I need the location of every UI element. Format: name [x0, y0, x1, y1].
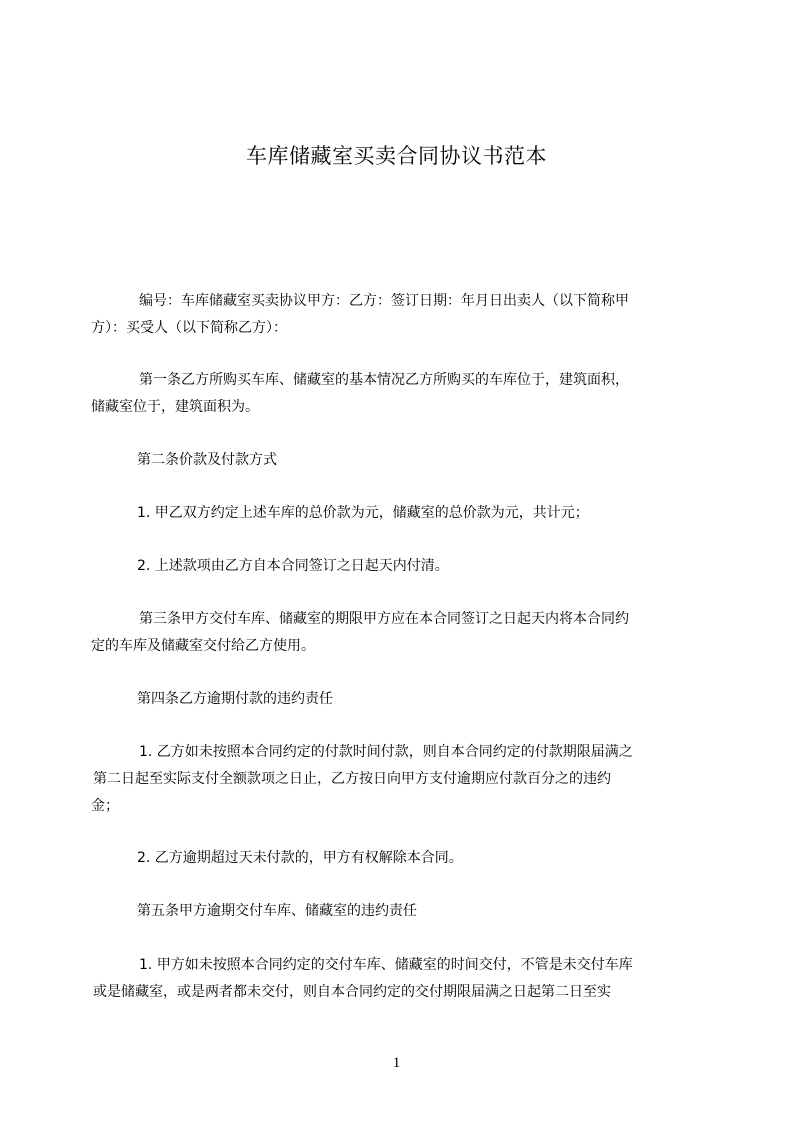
paragraph-article-3: 第三条甲方交付车库、储藏室的期限甲方应在本合同签订之日起天内将本合同约 定的车库… — [105, 606, 702, 660]
text-line: 1. 甲乙双方约定上述车库的总价款为元，储藏室的总价款为元，共计元； — [105, 500, 702, 527]
text-line: 编号：车库储藏室买卖协议甲方：乙方：签订日期：年月日出卖人（以下简称甲 — [105, 288, 702, 315]
text-line: 2. 上述款项由乙方自本合同签订之日起天内付清。 — [105, 553, 702, 580]
text-line: 或是储藏室，或是两者都未交付，则自本合同约定的交付期限届满之日起第二日至实 — [93, 979, 702, 1006]
page-number: 1 — [0, 1055, 793, 1072]
article-2-heading: 第二条价款及付款方式 — [105, 447, 702, 474]
text-line: 第二日起至实际支付全额款项之日止，乙方按日向甲方支付逾期应付款百分之的违约 — [93, 766, 702, 793]
article-5-item-1: 1. 甲方如未按照本合同约定的交付车库、储藏室的时间交付，不管是未交付车库 或是… — [105, 952, 702, 1006]
text-line: 第一条乙方所购买车库、储藏室的基本情况乙方所购买的车库位于，建筑面积， — [105, 367, 702, 394]
article-2-item-2: 2. 上述款项由乙方自本合同签订之日起天内付清。 — [105, 553, 702, 580]
text-line: 方）：买受人（以下简称乙方）： — [91, 315, 702, 342]
text-line: 1. 乙方如未按照本合同约定的付款时间付款，则自本合同约定的付款期限届满之 — [105, 739, 702, 766]
paragraph-article-1: 第一条乙方所购买车库、储藏室的基本情况乙方所购买的车库位于，建筑面积， 储藏室位… — [105, 367, 702, 421]
text-line: 2. 乙方逾期超过天未付款的，甲方有权解除本合同。 — [105, 845, 702, 872]
text-line: 第五条甲方逾期交付车库、储藏室的违约责任 — [105, 898, 702, 925]
article-4-item-2: 2. 乙方逾期超过天未付款的，甲方有权解除本合同。 — [105, 845, 702, 872]
article-2-item-1: 1. 甲乙双方约定上述车库的总价款为元，储藏室的总价款为元，共计元； — [105, 500, 702, 527]
text-line: 定的车库及储藏室交付给乙方使用。 — [91, 633, 702, 660]
text-line: 第四条乙方逾期付款的违约责任 — [105, 686, 702, 713]
article-5-heading: 第五条甲方逾期交付车库、储藏室的违约责任 — [105, 898, 702, 925]
text-line: 储藏室位于，建筑面积为。 — [91, 394, 702, 421]
document-title: 车库储藏室买卖合同协议书范本 — [0, 140, 793, 170]
text-line: 第二条价款及付款方式 — [105, 447, 702, 474]
paragraph-header: 编号：车库储藏室买卖协议甲方：乙方：签订日期：年月日出卖人（以下简称甲 方）：买… — [105, 288, 702, 342]
document-page: 车库储藏室买卖合同协议书范本 编号：车库储藏室买卖协议甲方：乙方：签订日期：年月… — [0, 0, 793, 1122]
article-4-item-1: 1. 乙方如未按照本合同约定的付款时间付款，则自本合同约定的付款期限届满之 第二… — [105, 739, 702, 820]
text-line: 金； — [91, 793, 702, 820]
text-line: 1. 甲方如未按照本合同约定的交付车库、储藏室的时间交付，不管是未交付车库 — [105, 952, 702, 979]
article-4-heading: 第四条乙方逾期付款的违约责任 — [105, 686, 702, 713]
text-line: 第三条甲方交付车库、储藏室的期限甲方应在本合同签订之日起天内将本合同约 — [105, 606, 702, 633]
